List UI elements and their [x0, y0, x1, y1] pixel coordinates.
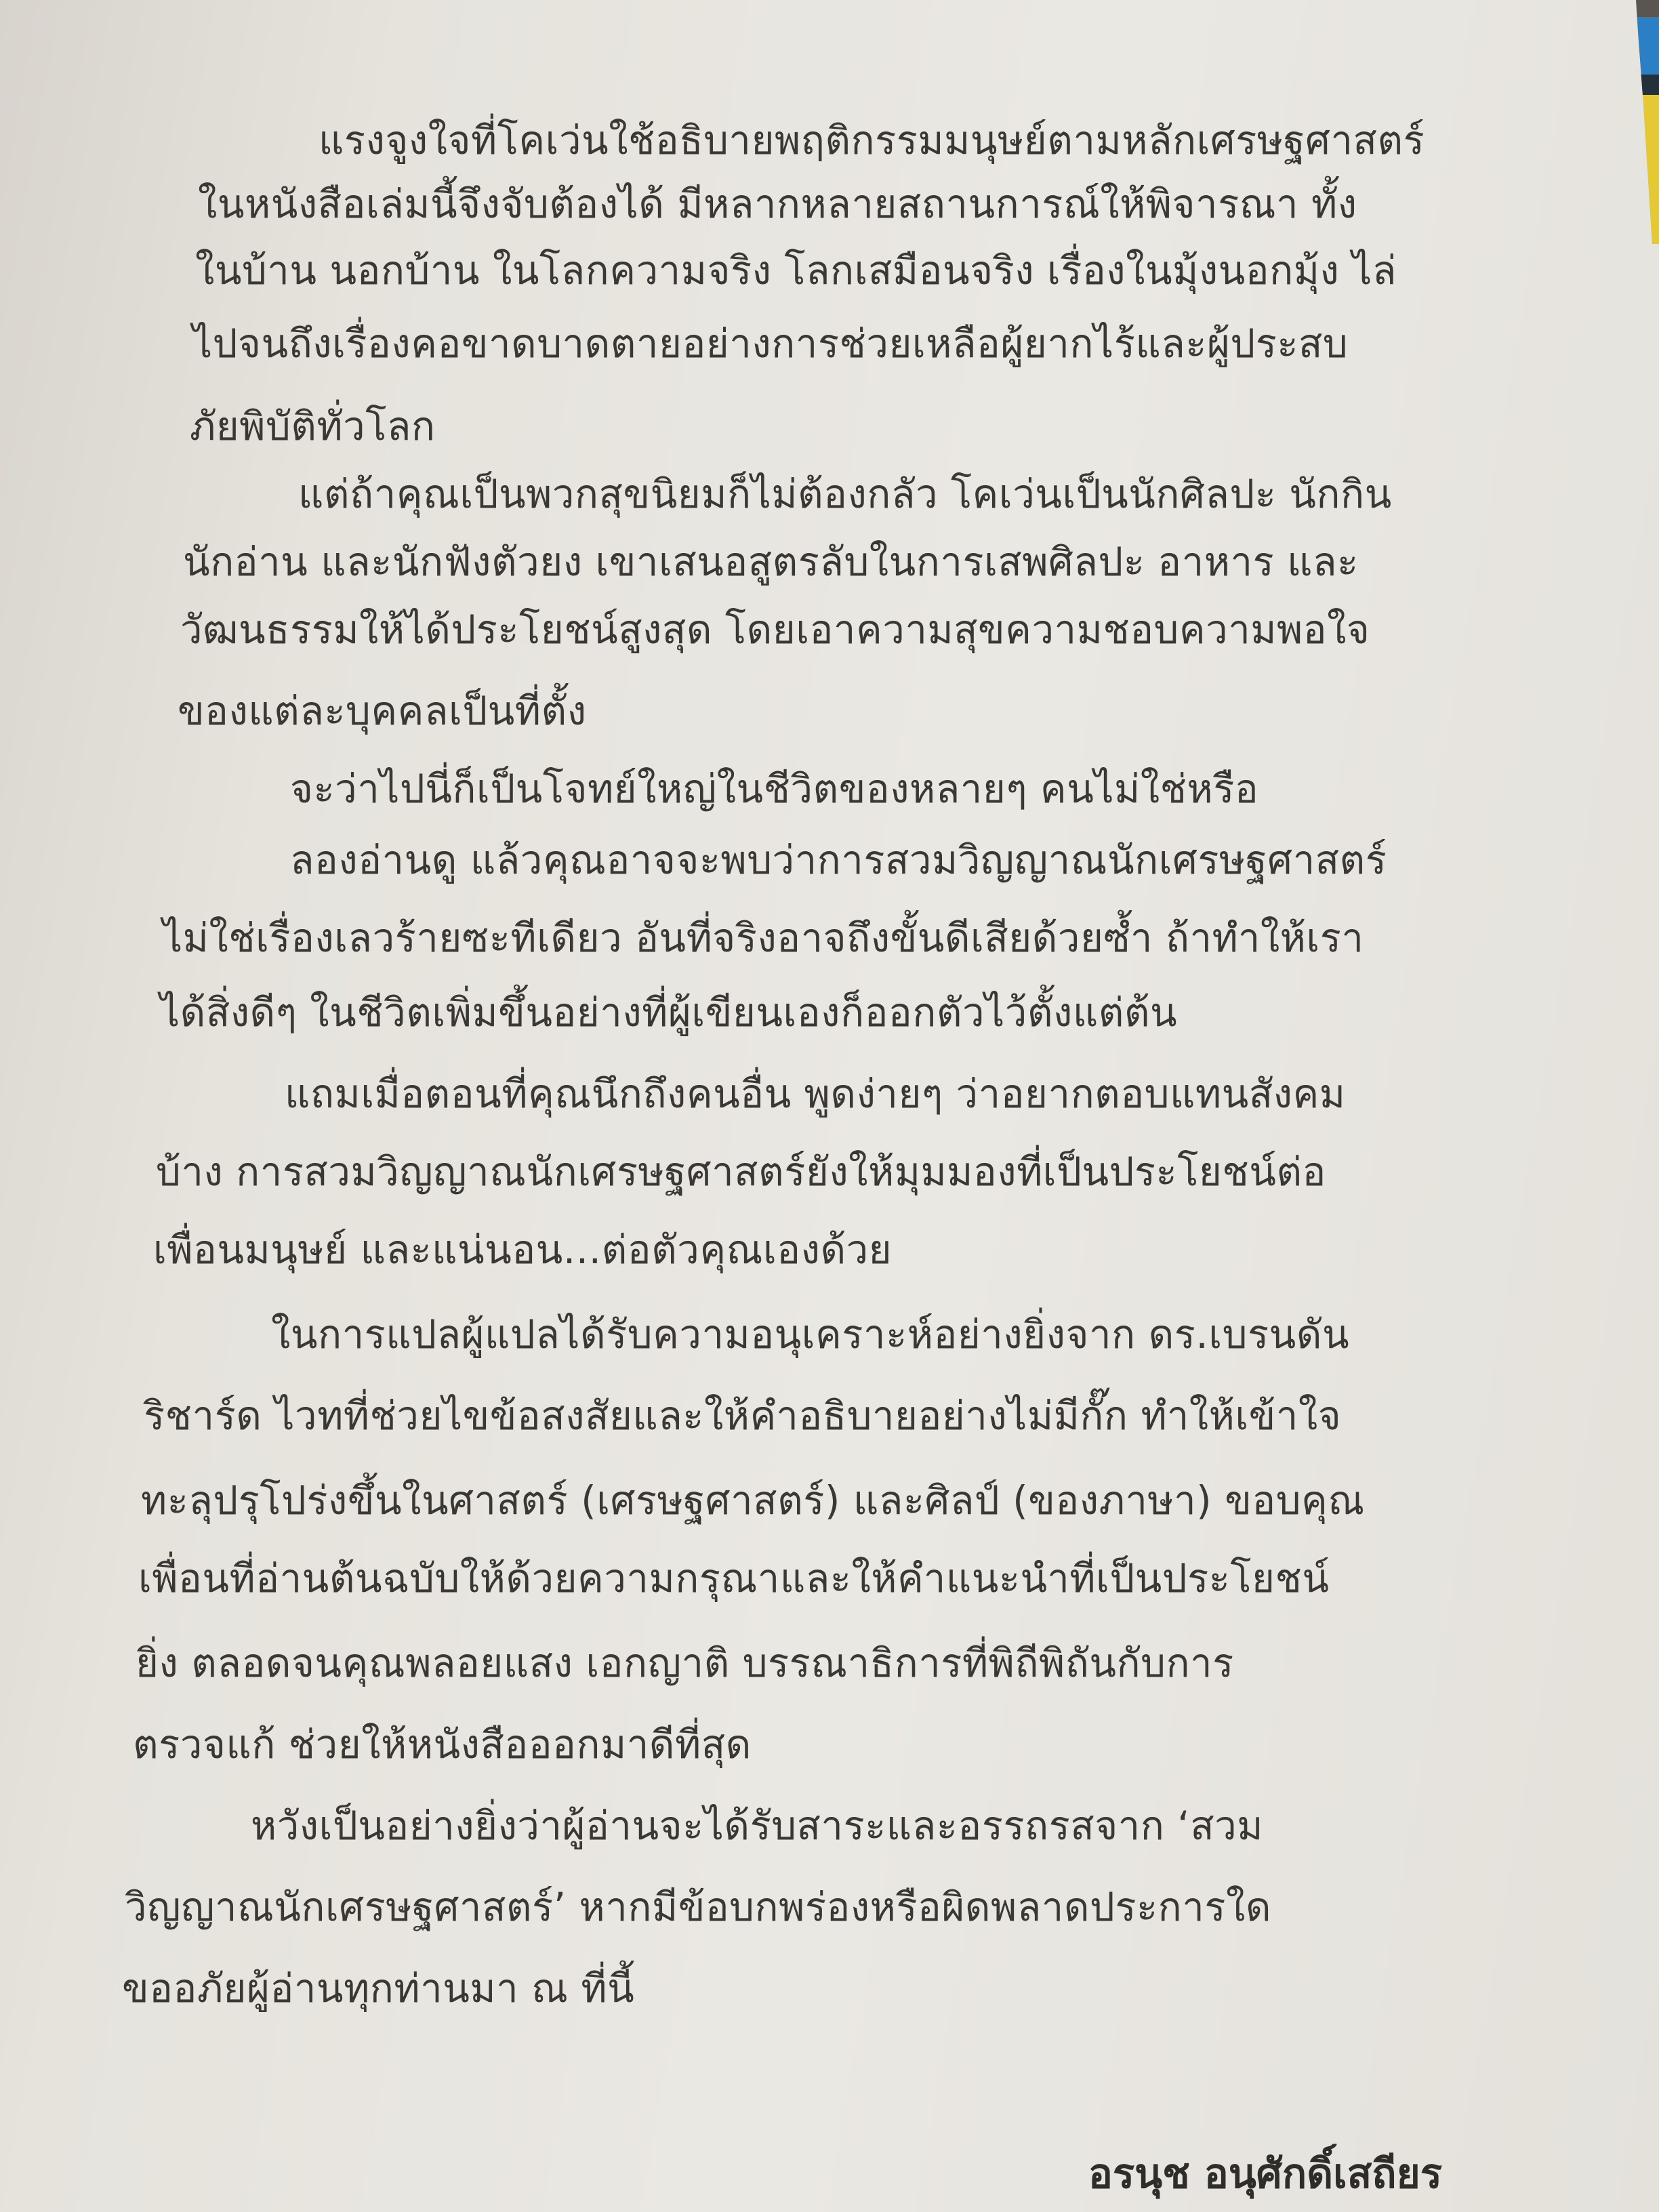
text-line: ขออภัยผู้อ่านทุกท่านมา ณ ที่นี้ [122, 1969, 634, 2008]
text-line: ในบ้าน นอกบ้าน ในโลกความจริง โลกเสมือนจร… [195, 251, 1397, 290]
text-line: ในการแปลผู้แปลได้รับความอนุเคราะห์อย่างย… [271, 1315, 1349, 1354]
text-line: นักอ่าน และนักฟังตัวยง เขาเสนอสูตรลับในก… [183, 542, 1359, 581]
text-line: ทะลุปรุโปร่งขึ้นในศาสตร์ (เศรษฐศาสตร์) แ… [141, 1481, 1365, 1520]
text-line: ของแต่ละบุคคลเป็นที่ตั้ง [178, 691, 587, 731]
text-line: เพื่อนมนุษย์ และแน่นอน...ต่อตัวคุณเองด้ว… [153, 1230, 892, 1269]
text-line: ลองอ่านดู แล้วคุณอาจจะพบว่าการสวมวิญญาณน… [290, 840, 1387, 880]
text-line: ตรวจแก้ ช่วยให้หนังสือออกมาดีที่สุด [133, 1725, 752, 1764]
text-line: หวังเป็นอย่างยิ่งว่าผู้อ่านจะได้รับสาระแ… [251, 1806, 1263, 1845]
text-line: ได้สิ่งดีๆ ในชีวิตเพิ่มขึ้นอย่างที่ผู้เข… [160, 993, 1177, 1032]
text-line: บ้าง การสวมวิญญาณนักเศรษฐศาสตร์ยังให้มุม… [156, 1152, 1326, 1191]
book-page: แรงจูงใจที่โคเว่นใช้อธิบายพฤติกรรมมนุษย์… [0, 0, 1659, 2212]
translator-signature: อรนุช อนุศักดิ์เสถียร [1088, 2142, 1442, 2206]
text-line: แรงจูงใจที่โคเว่นใช้อธิบายพฤติกรรมมนุษย์… [319, 121, 1425, 160]
text-line: ไปจนถึงเรื่องคอขาดบาดตายอย่างการช่วยเหลื… [192, 324, 1348, 363]
text-line: เพื่อนที่อ่านต้นฉบับให้ด้วยความกรุณาและใ… [138, 1559, 1330, 1598]
text-line: ภัยพิบัติทั่วโลก [190, 407, 436, 446]
text-line: วิญญาณนักเศรษฐศาสตร์’ หากมีข้อบกพร่องหรื… [125, 1887, 1271, 1927]
preface-text: แรงจูงใจที่โคเว่นใช้อธิบายพฤติกรรมมนุษย์… [0, 0, 1659, 2212]
text-line: ยิ่ง ตลอดจนคุณพลอยแสง เอกญาติ บรรณาธิการ… [136, 1643, 1234, 1683]
text-line: แถมเมื่อตอนที่คุณนึกถึงคนอื่น พูดง่ายๆ ว… [285, 1074, 1346, 1113]
text-line: จะว่าไปนี่ก็เป็นโจทย์ใหญ่ในชีวิตของหลายๆ… [290, 769, 1258, 808]
text-line: แต่ถ้าคุณเป็นพวกสุขนิยมก็ไม่ต้องกลัว โคเ… [298, 474, 1392, 514]
text-line: ริชาร์ด ไวทที่ช่วยไขข้อสงสัยและให้คำอธิบ… [144, 1396, 1341, 1435]
text-line: ในหนังสือเล่มนี้จึงจับต้องได้ มีหลากหลาย… [198, 184, 1357, 224]
text-line: วัฒนธรรมให้ได้ประโยชน์สูงสุด โดยเอาความส… [180, 610, 1370, 649]
text-line: ไม่ใช่เรื่องเลวร้ายซะทีเดียว อันที่จริงอ… [163, 918, 1364, 958]
